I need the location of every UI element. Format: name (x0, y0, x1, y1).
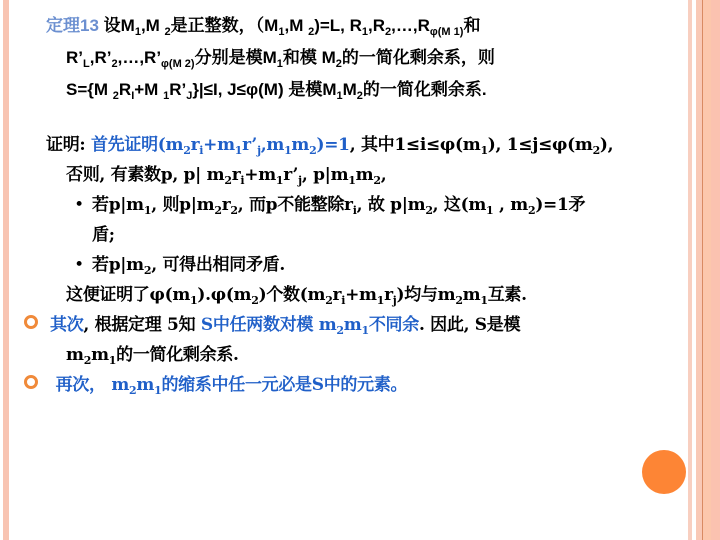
text: r’ (283, 165, 298, 185)
text: )=L, R (314, 16, 362, 35)
text: ,R (368, 16, 385, 35)
proof-line-5: •若p|m2, 可得出相同矛盾. (46, 250, 676, 280)
text: 和模 M (283, 48, 336, 67)
text: )=1 (316, 135, 349, 155)
subscript: φ(M 2) (161, 58, 195, 70)
text: m (66, 345, 84, 365)
text: ,M (284, 16, 308, 35)
text: , 故 p|m (357, 195, 426, 215)
subscript: 2 (425, 204, 432, 217)
subscript: 1 (377, 294, 384, 307)
text: 互素. (488, 285, 527, 305)
subscript: 1 (348, 174, 355, 187)
text: . 因此, S是模 (419, 315, 520, 335)
text: 和 (463, 16, 480, 35)
text: r (191, 135, 200, 155)
subscript: 2 (230, 204, 237, 217)
theorem-line-2: R’L,R’2,…,R’φ(M 2)分别是模M1和模 M2的一简化剩余系，则 (46, 42, 666, 74)
subscript: 1 (480, 144, 487, 157)
text: 再次， m (50, 375, 129, 395)
text: 这便证明了φ(m (66, 285, 190, 305)
proof-line-7: 其次, 根据定理 5知 S中任两数对模 m2m1不同余. 因此, S是模 (24, 310, 676, 340)
text: }|≤I, J≤φ(M) 是模M (192, 80, 336, 99)
ring-bullet-icon (24, 375, 38, 389)
text: m (463, 285, 481, 305)
proof-block: 证明: 首先证明(m2ri+m1r’j,m1m2)=1, 其中1≤i≤φ(m1)… (46, 130, 676, 400)
text: , 而p不能整除r (238, 195, 353, 215)
text: )=1矛 (535, 195, 585, 215)
text: S={M (66, 80, 113, 99)
text: ,m (261, 135, 284, 155)
text: 首先证明(m (91, 135, 183, 155)
text: m (136, 375, 154, 395)
proof-line-1: 证明: 首先证明(m2ri+m1r’j,m1m2)=1, 其中1≤i≤φ(m1)… (46, 130, 676, 160)
text: +m (203, 135, 235, 155)
text: 不同余 (369, 315, 419, 335)
text: R’ (169, 80, 186, 99)
subscript: L (83, 58, 90, 70)
text: R’ (66, 48, 83, 67)
text: 若p|m (92, 195, 144, 215)
bullet-icon: • (66, 190, 92, 220)
text: 的一简化剩余系，则 (342, 48, 495, 67)
subscript: 2 (183, 144, 190, 157)
text: +m (345, 285, 377, 305)
proof-line-4: 盾; (46, 220, 676, 250)
text: , 根据定理 5知 (83, 315, 201, 335)
text: ), (600, 135, 613, 155)
text: 的一简化剩余系. (363, 80, 487, 99)
theorem-label: 定理13 (46, 16, 99, 35)
text: ).φ(m (197, 285, 251, 305)
text: , 则p|m (151, 195, 214, 215)
subscript: 2 (455, 294, 462, 307)
subscript: 2 (336, 324, 343, 337)
text: 的一简化剩余系. (116, 345, 239, 365)
text: ,…,R’ (118, 48, 161, 67)
text: , (381, 165, 387, 185)
ring-bullet-icon (24, 315, 38, 329)
subscript: 2 (325, 294, 332, 307)
text: 是正整数，（M (171, 16, 279, 35)
text: +M (134, 80, 163, 99)
subscript: 1 (361, 324, 368, 337)
text: 否则, 有素数p, p| m (66, 165, 224, 185)
text: m (91, 345, 109, 365)
subscript: 2 (214, 204, 221, 217)
theorem-line-3: S={M 2RI+M 1R’J}|≤I, J≤φ(M) 是模M1M2的一简化剩余… (46, 74, 666, 106)
subscript: 2 (224, 174, 231, 187)
left-decorative-bar (3, 0, 9, 540)
subscript: 2 (373, 174, 380, 187)
text: ,M (141, 16, 165, 35)
text: r (384, 285, 393, 305)
theorem-block: 定理13 设M1,M 2是正整数，（M1,M 2)=L, R1,R2,…,Rφ(… (46, 10, 666, 106)
subscript: φ(M 1) (430, 26, 464, 38)
text: r (333, 285, 342, 305)
text: M (343, 80, 357, 99)
text: r’ (242, 135, 257, 155)
theorem-line-1: 定理13 设M1,M 2是正整数，（M1,M 2)=L, R1,R2,…,Rφ(… (46, 10, 666, 42)
proof-line-6: 这便证明了φ(m1).φ(m2)个数(m2ri+m1rj)均与m2m1互素. (46, 280, 676, 310)
text: m (291, 135, 309, 155)
text: 的缩系中任一元必是S中的元素。 (161, 375, 407, 395)
orange-circle-decoration (642, 450, 686, 494)
proof-line-3: •若p|m1, 则p|m2r2, 而p不能整除ri, 故 p|m2, 这(m1 … (46, 190, 676, 220)
text: ,…,R (391, 16, 430, 35)
proof-line-8: m2m1的一简化剩余系. (46, 340, 676, 370)
text: S中任两数对模 m (201, 315, 336, 335)
text: , m (493, 195, 528, 215)
text: )个数(m (259, 285, 326, 305)
text: 若p|m (92, 255, 144, 275)
proof-line-9: 再次， m2m1的缩系中任一元必是S中的元素。 (24, 370, 676, 400)
right-decorative-stripes (688, 0, 720, 540)
text: 设M (99, 16, 135, 35)
text: , 其中1≤i≤φ(m (350, 135, 481, 155)
text: , 这(m (433, 195, 486, 215)
text: )均与m (396, 285, 455, 305)
text: , p|m (302, 165, 348, 185)
text: m (356, 165, 374, 185)
subscript: 1 (480, 294, 487, 307)
text: +m (244, 165, 276, 185)
proof-line-2: 否则, 有素数p, p| m2ri+m1r’j, p|m1m2, (46, 160, 676, 190)
text: ), 1≤j≤φ(m (488, 135, 593, 155)
subscript: 2 (251, 294, 258, 307)
text: 盾; (92, 225, 115, 245)
text: ,R’ (90, 48, 112, 67)
proof-label: 证明: (46, 135, 91, 155)
text: R (119, 80, 131, 99)
text: , 可得出相同矛盾. (151, 255, 285, 275)
bullet-icon: • (66, 250, 92, 280)
text: 分别是模M (195, 48, 277, 67)
subscript: 2 (84, 354, 91, 367)
subscript: 2 (593, 144, 600, 157)
text: m (344, 315, 362, 335)
text: 其次 (50, 315, 83, 335)
